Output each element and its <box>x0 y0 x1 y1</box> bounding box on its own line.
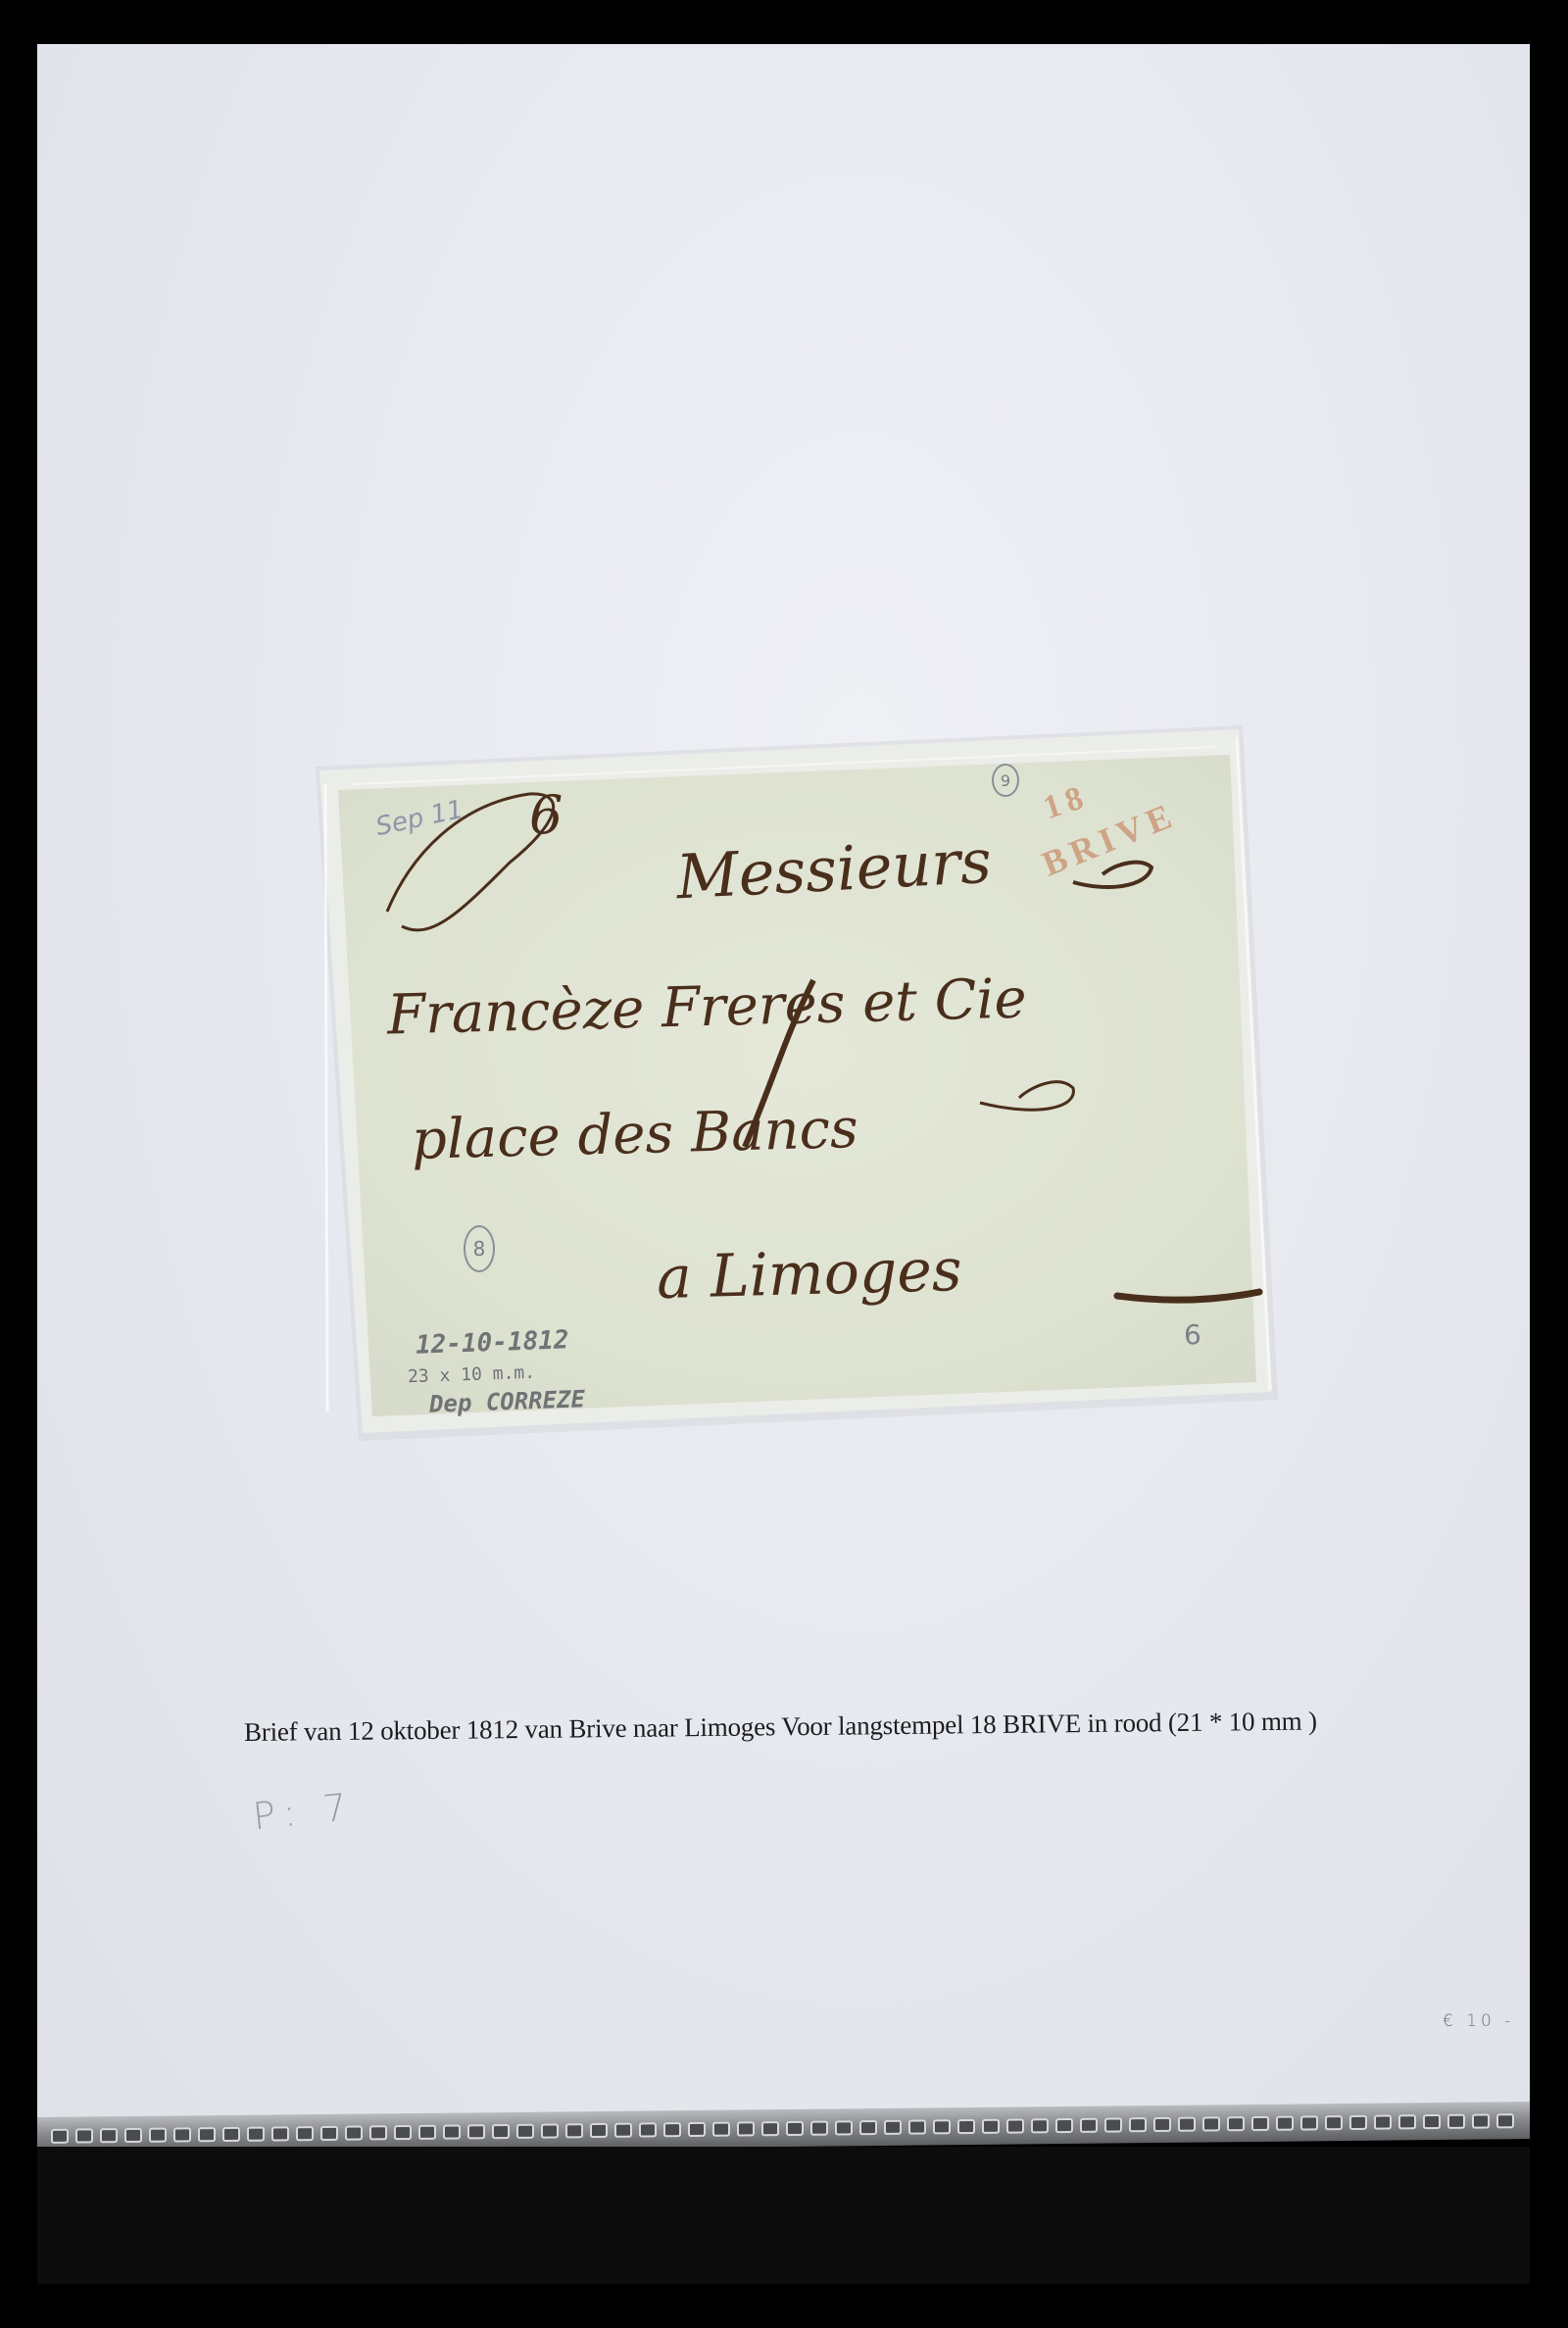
perforation <box>271 2126 289 2141</box>
circled-mark-top: 9 <box>992 764 1019 797</box>
perforation <box>75 2128 93 2143</box>
perforation <box>320 2126 338 2141</box>
letter-cover <box>0 0 1568 2328</box>
perforation <box>1104 2117 1122 2132</box>
perforation <box>639 2122 657 2137</box>
perforation <box>1251 2116 1269 2131</box>
address-line-3: place des Bancs <box>411 1097 858 1172</box>
perforation <box>541 2123 559 2138</box>
perforation <box>1055 2118 1073 2133</box>
perforation <box>492 2124 510 2139</box>
perforation <box>1349 2115 1367 2130</box>
perforation <box>222 2127 240 2142</box>
circled-mark-left: 8 <box>464 1225 495 1272</box>
perforation <box>688 2122 706 2137</box>
perforation <box>1227 2116 1245 2131</box>
perforation <box>565 2123 583 2138</box>
perforation <box>296 2126 314 2141</box>
perforation <box>1472 2113 1490 2128</box>
perforation <box>1153 2117 1171 2132</box>
perforation <box>1006 2118 1024 2133</box>
date-stamp-date: 12-10-1812 <box>416 1325 569 1360</box>
circled-mark-left-text: 8 <box>473 1237 486 1261</box>
perforation <box>1129 2117 1147 2132</box>
perforation <box>590 2123 608 2138</box>
perforation <box>1031 2118 1049 2133</box>
perforation <box>786 2121 804 2136</box>
perforation <box>761 2121 779 2136</box>
perforation <box>957 2119 975 2134</box>
perforation <box>124 2128 142 2143</box>
perforation <box>810 2121 828 2136</box>
perforation <box>100 2128 118 2143</box>
date-stamp-department: Dep CORREZE <box>429 1385 586 1418</box>
perforation <box>516 2124 534 2139</box>
perforation <box>1423 2114 1441 2129</box>
perforation <box>1496 2113 1514 2128</box>
perforation <box>835 2120 853 2135</box>
address-line-4: a Limoges <box>656 1236 962 1313</box>
page-bottom-shadow <box>37 2147 1530 2284</box>
perforation <box>908 2120 926 2135</box>
perforation <box>1178 2117 1196 2132</box>
perforation <box>884 2120 902 2135</box>
perforation <box>345 2126 363 2141</box>
perforation <box>982 2119 1000 2134</box>
perforation <box>247 2127 265 2142</box>
perforation <box>1398 2114 1416 2129</box>
perforation <box>1447 2114 1465 2129</box>
perforation <box>614 2123 632 2138</box>
perforation <box>737 2121 755 2136</box>
perforation <box>443 2124 461 2139</box>
perforation <box>663 2122 681 2137</box>
pencil-price: € 10 - <box>1443 2011 1514 2031</box>
perforation <box>51 2129 69 2144</box>
perforation <box>173 2127 191 2142</box>
perforation <box>859 2120 877 2135</box>
perforation <box>418 2125 436 2140</box>
perforation <box>1276 2116 1294 2131</box>
perforation <box>1300 2115 1318 2130</box>
perforation <box>1325 2115 1343 2130</box>
perforation <box>369 2125 387 2140</box>
perforation <box>712 2122 730 2137</box>
perforation <box>198 2127 216 2142</box>
perforation <box>933 2119 951 2134</box>
circled-mark-top-text: 9 <box>1001 771 1010 790</box>
perforation <box>394 2125 412 2140</box>
perforation <box>1080 2118 1098 2133</box>
perforation <box>1202 2116 1220 2131</box>
pencil-mark-bottomright: 6 <box>1184 1318 1201 1351</box>
perforation <box>149 2128 167 2143</box>
perforation <box>1374 2115 1392 2130</box>
perforation <box>467 2124 485 2139</box>
rate-mark: 6 <box>529 784 563 846</box>
